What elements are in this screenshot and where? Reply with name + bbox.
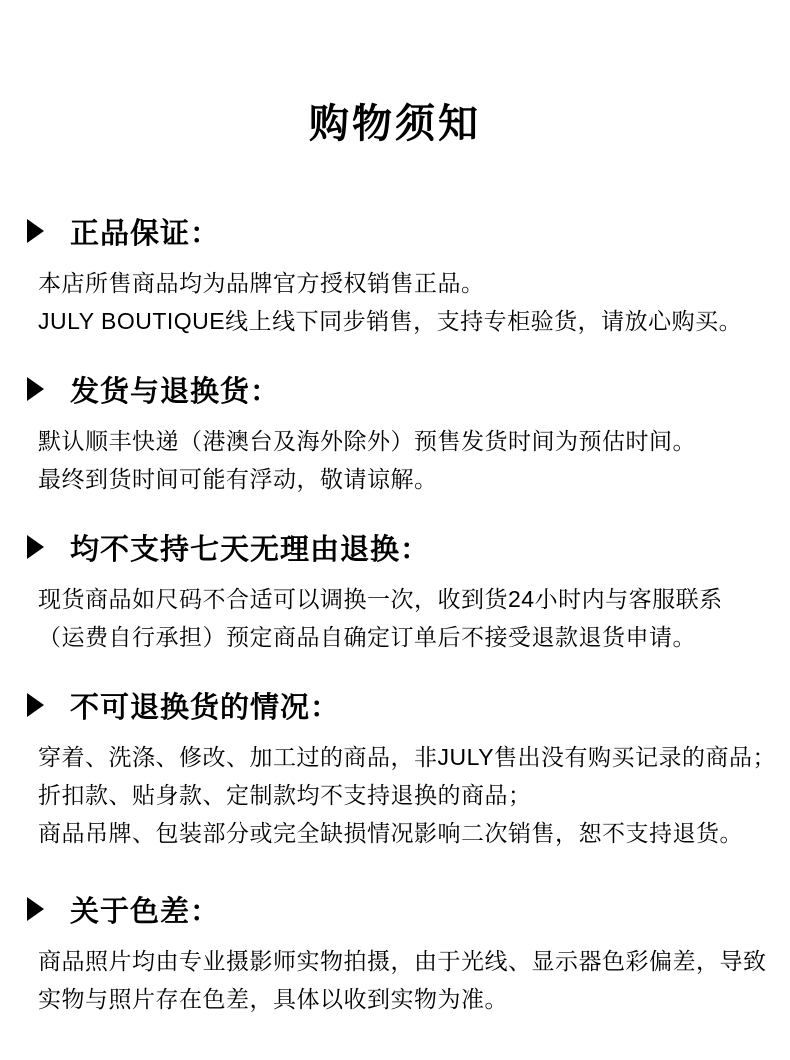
body-line: 折扣款、贴身款、定制款均不支持退换的商品；: [38, 776, 790, 814]
section-heading-row: 发货与退换货：: [0, 372, 790, 406]
body-line: 商品照片均由专业摄影师实物拍摄，由于光线、显示器色彩偏差，导致: [38, 942, 790, 980]
section-heading-row: 正品保证：: [0, 214, 790, 248]
body-line: 商品吊牌、包装部分或完全缺损情况影响二次销售，恕不支持退货。: [38, 814, 790, 852]
section-heading: 不可退换货的情况：: [70, 685, 340, 726]
triangle-right-icon: [27, 219, 44, 243]
shopping-notice-page: 购物须知 正品保证： 本店所售商品均为品牌官方授权销售正品。 JULY BOUT…: [0, 0, 790, 1060]
section-shipping-returns: 发货与退换货： 默认顺丰快递（港澳台及海外除外）预售发货时间为预估时间。 最终到…: [0, 372, 790, 498]
section-heading-row: 不可退换货的情况：: [0, 688, 790, 722]
body-line: 实物与照片存在色差，具体以收到实物为准。: [38, 980, 790, 1018]
body-line: 本店所售商品均为品牌官方授权销售正品。: [38, 264, 790, 302]
section-body: 默认顺丰快递（港澳台及海外除外）预售发货时间为预估时间。 最终到货时间可能有浮动…: [0, 422, 790, 498]
section-body: 本店所售商品均为品牌官方授权销售正品。 JULY BOUTIQUE线上线下同步销…: [0, 264, 790, 340]
section-heading: 关于色差：: [70, 889, 220, 930]
section-non-returnable-cases: 不可退换货的情况： 穿着、洗涤、修改、加工过的商品，非JULY售出没有购买记录的…: [0, 688, 790, 852]
body-line: 现货商品如尺码不合适可以调换一次，收到货24小时内与客服联系: [38, 580, 790, 618]
triangle-right-icon: [27, 897, 44, 921]
section-body: 现货商品如尺码不合适可以调换一次，收到货24小时内与客服联系 （运费自行承担）预…: [0, 580, 790, 656]
body-line: 最终到货时间可能有浮动，敬请谅解。: [38, 460, 790, 498]
section-body: 穿着、洗涤、修改、加工过的商品，非JULY售出没有购买记录的商品； 折扣款、贴身…: [0, 738, 790, 852]
section-color-difference: 关于色差： 商品照片均由专业摄影师实物拍摄，由于光线、显示器色彩偏差，导致 实物…: [0, 892, 790, 1018]
section-heading: 发货与退换货：: [70, 369, 280, 410]
section-no-seven-day-return: 均不支持七天无理由退换： 现货商品如尺码不合适可以调换一次，收到货24小时内与客…: [0, 530, 790, 656]
section-heading: 正品保证：: [70, 211, 220, 252]
section-body: 商品照片均由专业摄影师实物拍摄，由于光线、显示器色彩偏差，导致 实物与照片存在色…: [0, 942, 790, 1018]
section-heading-row: 均不支持七天无理由退换：: [0, 530, 790, 564]
triangle-right-icon: [27, 693, 44, 717]
section-heading-row: 关于色差：: [0, 892, 790, 926]
section-authenticity: 正品保证： 本店所售商品均为品牌官方授权销售正品。 JULY BOUTIQUE线…: [0, 214, 790, 340]
body-line: 穿着、洗涤、修改、加工过的商品，非JULY售出没有购买记录的商品；: [38, 738, 790, 776]
body-line: JULY BOUTIQUE线上线下同步销售，支持专柜验货，请放心购买。: [38, 302, 790, 340]
body-line: （运费自行承担）预定商品自确定订单后不接受退款退货申请。: [38, 618, 790, 656]
page-title: 购物须知: [0, 100, 790, 148]
section-heading: 均不支持七天无理由退换：: [70, 527, 430, 568]
triangle-right-icon: [27, 377, 44, 401]
triangle-right-icon: [27, 535, 44, 559]
body-line: 默认顺丰快递（港澳台及海外除外）预售发货时间为预估时间。: [38, 422, 790, 460]
